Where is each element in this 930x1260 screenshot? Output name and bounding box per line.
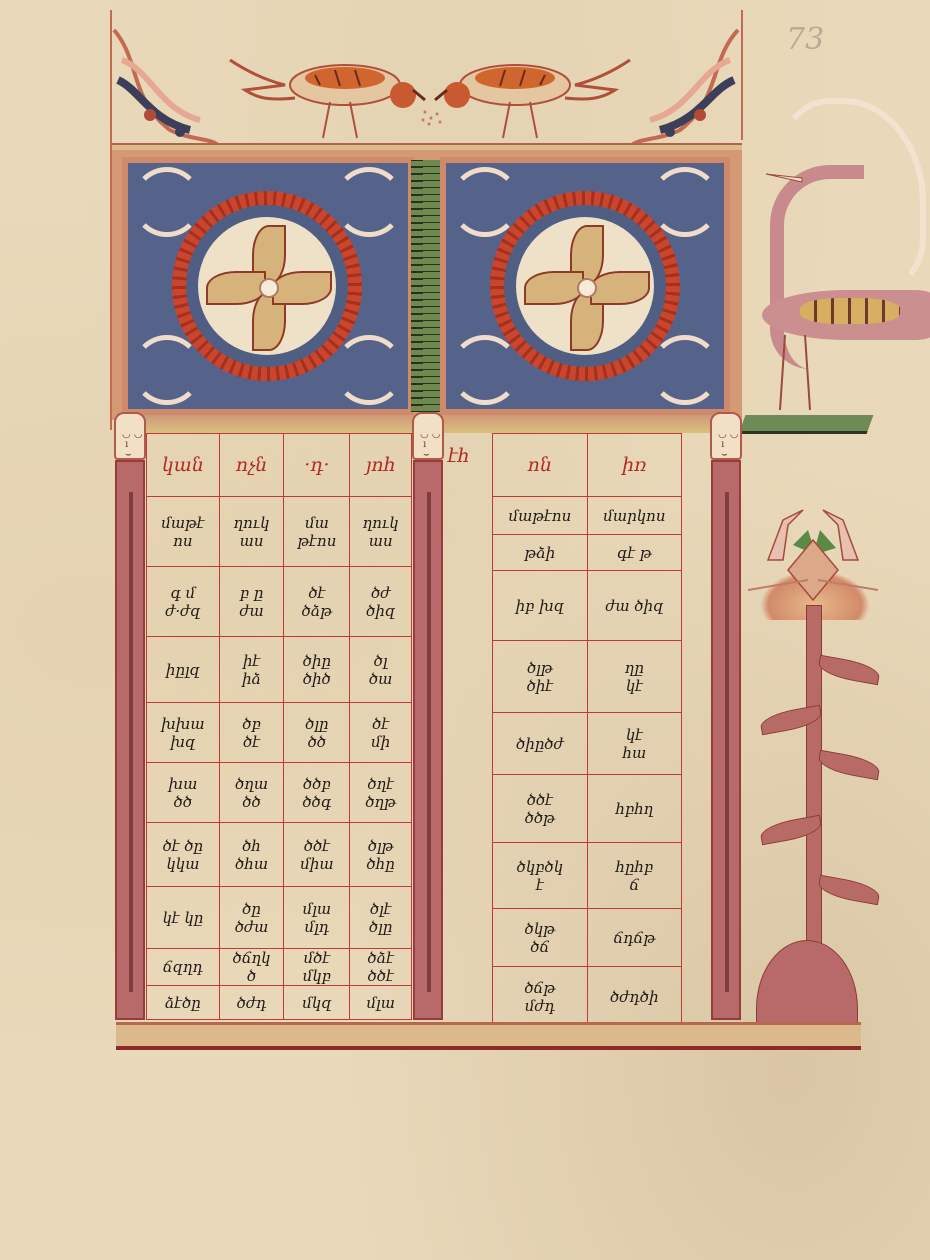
cell: ղուկ աս [219, 497, 284, 567]
cell: հըհբ ճ [587, 843, 681, 909]
green-ledge [739, 415, 874, 434]
cell: մկզ [284, 986, 350, 1020]
central-green-column [411, 160, 443, 412]
crane-beak-icon [764, 168, 804, 188]
cell: ծժդ [219, 986, 284, 1020]
cell: խա ծծ [147, 763, 220, 823]
cell: ծծէ ծծթ [493, 775, 588, 843]
cell: ղուկ աս [350, 497, 412, 567]
cell: ծղէ ծղթ [350, 763, 412, 823]
cell: ծիը ծիծ [284, 637, 350, 703]
crane-legs-icon [760, 330, 840, 420]
vase-icon [756, 940, 858, 1026]
table-row: ծլթ ծիէղը կէ [493, 641, 682, 713]
birds-on-flower-icon [748, 500, 878, 610]
cell: ժա ծիզ [587, 571, 681, 641]
cell: ծժդծի [587, 967, 681, 1027]
table-row: գ մ ժ·ժզբ ը ժածէ ծձթծժ ծիզ [147, 567, 412, 637]
pillar-head-center-icon: ◡ ◡ ı ⌣ [412, 412, 444, 460]
crane-wing [800, 298, 900, 324]
pillar-left [115, 460, 145, 1020]
left-canon-table: կան ոչն ·դ· յոհ մաթէ ոսղուկ ասմա թէոսղու… [146, 433, 412, 1020]
table-row: մաթէոսմարկոս [493, 497, 682, 535]
folio-number: 73 [786, 22, 824, 57]
table-row: թձիգէ թ [493, 535, 682, 571]
cell: ծլթ ծիէ [493, 641, 588, 713]
header-cell: ·դ· [284, 434, 350, 497]
leaf-icon [817, 750, 882, 780]
cell: ծղա ծծ [219, 763, 284, 823]
right-canon-table: ոն իռ մաթէոսմարկոս թձիգէ թ իբ խզժա ծիզ ծ… [492, 433, 682, 1027]
cell: ծժ ծիզ [350, 567, 412, 637]
cell: ճզղդ [147, 949, 220, 986]
cell: ծլէ ծլը [350, 887, 412, 949]
cell: ծիըծժ [493, 713, 588, 775]
table-row: իբ խզժա ծիզ [493, 571, 682, 641]
cell: իէ իձ [219, 637, 284, 703]
cell: ճդճթ [587, 909, 681, 967]
leaf-icon [817, 655, 882, 685]
manuscript-page: 73 [0, 0, 930, 1260]
table-row: իըլզիէ իձծիը ծիծծլ ծա [147, 637, 412, 703]
right-table-header-prefix: էհ [448, 433, 470, 505]
header-cell: կան [147, 434, 220, 497]
cell: կէ կը [147, 887, 220, 949]
cell: թձի [493, 535, 588, 571]
cell: ծէ ծը կկա [147, 823, 220, 887]
table-row: ճզղդծճղկ ծմծէ մկբծձէ ծծէ [147, 949, 412, 986]
table-row: ծէ ծը կկածհ ծհածծէ միածլթ ծհը [147, 823, 412, 887]
cell: ծծէ միա [284, 823, 350, 887]
table-row: ծկբծկ էհըհբ ճ [493, 843, 682, 909]
cell: ծճղկ ծ [219, 949, 284, 986]
cell: ծձէ ծծէ [350, 949, 412, 986]
rosette-medallion-icon [172, 191, 362, 381]
table-row: ծծէ ծծթհբհղ [493, 775, 682, 843]
table-base-band [116, 1022, 861, 1050]
cell: ծէ մի [350, 703, 412, 763]
table-row: ծկթ ծճճդճթ [493, 909, 682, 967]
cell: ղը կէ [587, 641, 681, 713]
cell: կէ հա [587, 713, 681, 775]
header-cell: իռ [587, 434, 681, 497]
cell: իբ խզ [493, 571, 588, 641]
cell: մծէ մկբ [284, 949, 350, 986]
cell: մլա [350, 986, 412, 1020]
cell: իըլզ [147, 637, 220, 703]
table-row: ծճթ մժդծժդծի [493, 967, 682, 1027]
cell: մլա մլդ [284, 887, 350, 949]
table-row: խխա խզծբ ծէծլը ծծծէ մի [147, 703, 412, 763]
cell: մաթէ ոս [147, 497, 220, 567]
cell: ձէծը [147, 986, 220, 1020]
pillar-right [711, 460, 741, 1020]
table-row: ծիըծժկէ հա [493, 713, 682, 775]
pillar-center [413, 460, 443, 1020]
cell: խխա խզ [147, 703, 220, 763]
cell: ծծբ ծծգ [284, 763, 350, 823]
cell: ծլը ծծ [284, 703, 350, 763]
cell: ծբ ծէ [219, 703, 284, 763]
header-cell: ոն [493, 434, 588, 497]
pillar-head-left-icon: ◡ ◡ ı ⌣ [114, 412, 146, 460]
header-cell: յոհ [350, 434, 412, 497]
cell: ծկբծկ է [493, 843, 588, 909]
cell: ծկթ ծճ [493, 909, 588, 967]
table-base-rule [116, 1022, 861, 1025]
cell: ծը ծժա [219, 887, 284, 949]
cell: բ ը ժա [219, 567, 284, 637]
left-arch-panel [122, 157, 414, 415]
cell: գէ թ [587, 535, 681, 571]
cell: հբհղ [587, 775, 681, 843]
cell: ծճթ մժդ [493, 967, 588, 1027]
cell: ծլթ ծհը [350, 823, 412, 887]
cell: մաթէոս [493, 497, 588, 535]
cell: գ մ ժ·ժզ [147, 567, 220, 637]
table-row: կէ կըծը ծժամլա մլդծլէ ծլը [147, 887, 412, 949]
cell: ծլ ծա [350, 637, 412, 703]
right-arch-panel [440, 157, 730, 415]
rosette-medallion-icon [490, 191, 680, 381]
cell: մա թէոս [284, 497, 350, 567]
facing-roosters-icon [225, 40, 635, 145]
table-row: խա ծծծղա ծծծծբ ծծգծղէ ծղթ [147, 763, 412, 823]
cell: ծհ ծհա [219, 823, 284, 887]
table-row: ձէծըծժդմկզմլա [147, 986, 412, 1020]
leaf-icon [817, 875, 882, 905]
cell: ծէ ծձթ [284, 567, 350, 637]
cell: մարկոս [587, 497, 681, 535]
right-corner-ornament-icon [630, 20, 742, 150]
left-corner-ornament-icon [110, 20, 220, 150]
pillar-head-right-icon: ◡ ◡ ı ⌣ [710, 412, 742, 460]
table-row: մաթէ ոսղուկ ասմա թէոսղուկ աս [147, 497, 412, 567]
header-cell: ոչն [219, 434, 284, 497]
header-prefix: էհ [448, 445, 470, 467]
